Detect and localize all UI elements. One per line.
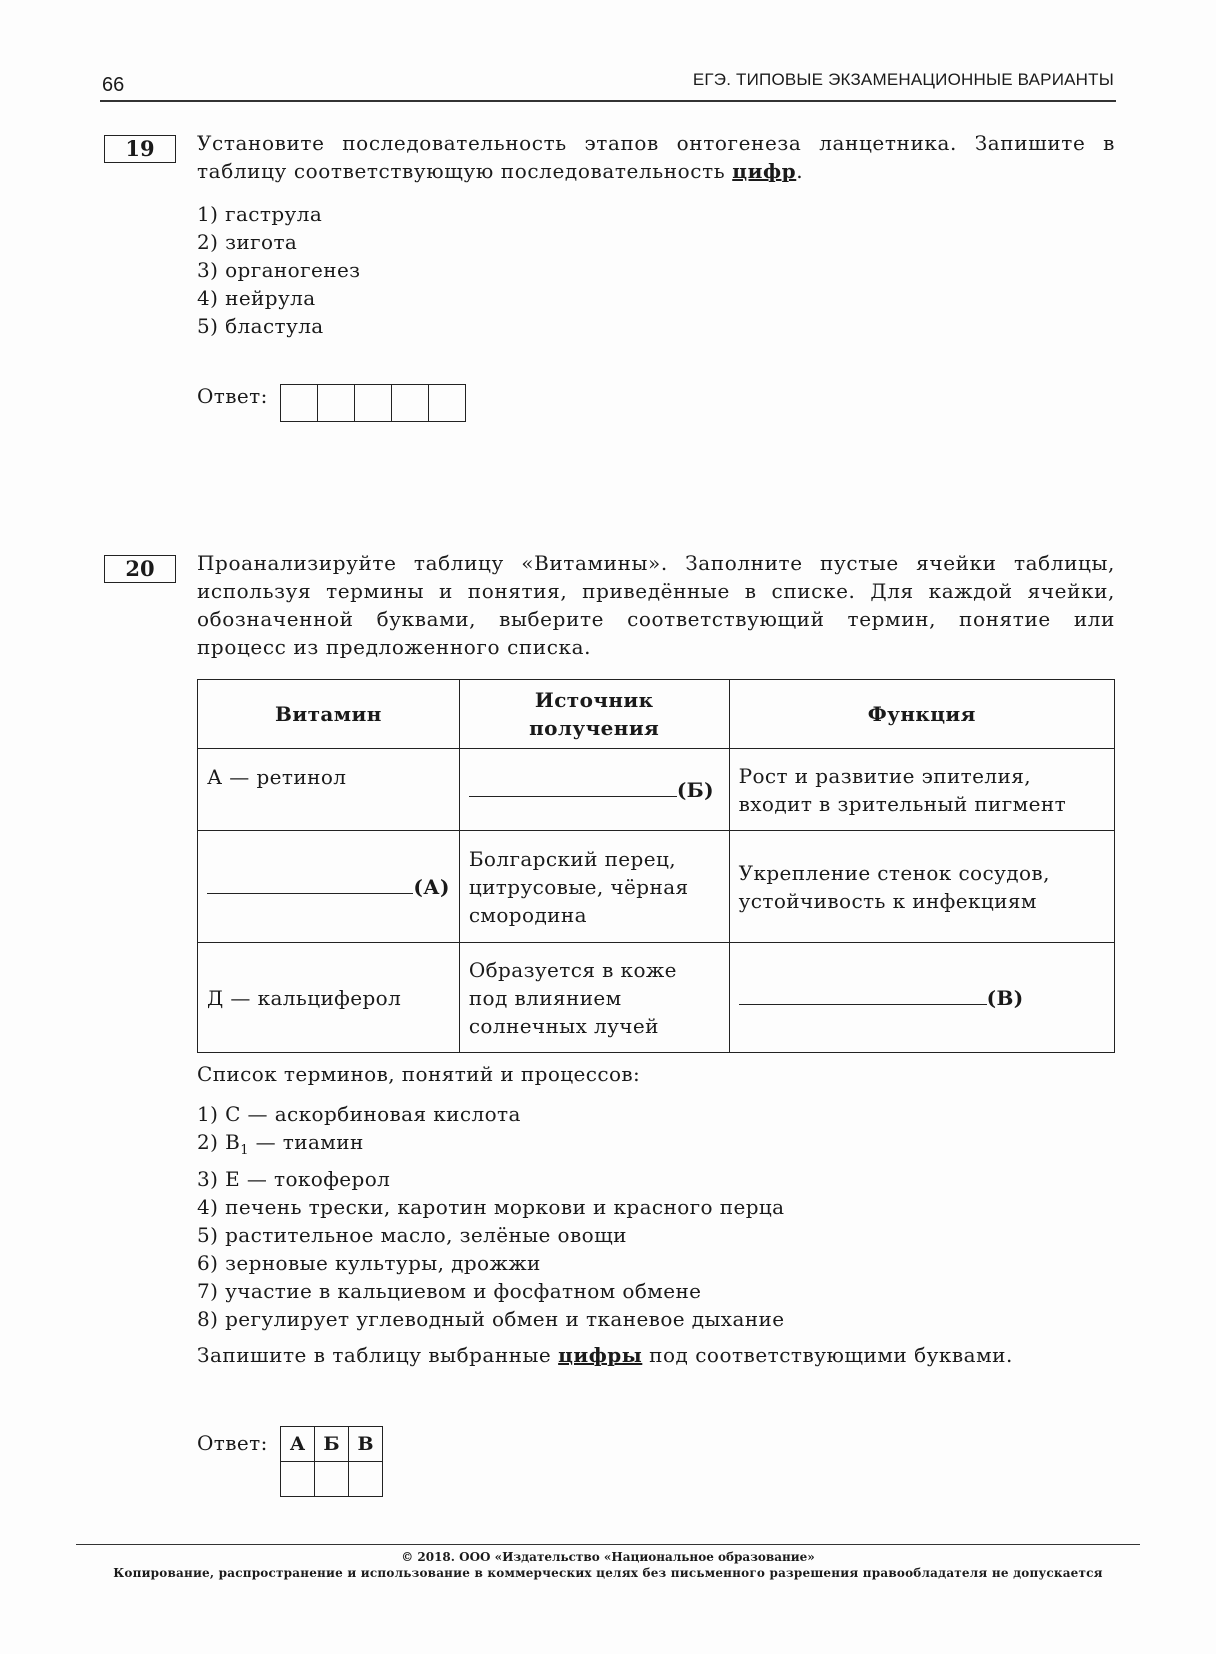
header-source: Источник получения bbox=[459, 680, 729, 749]
answer-cell-a[interactable] bbox=[281, 1462, 315, 1497]
task-20-number: 20 bbox=[104, 555, 176, 583]
answer-cell[interactable] bbox=[429, 385, 466, 422]
cell-function-blank[interactable]: (В) bbox=[729, 943, 1114, 1053]
answer-cell-v[interactable] bbox=[349, 1462, 383, 1497]
footer-divider bbox=[76, 1544, 1140, 1545]
option-item: 5) бластула bbox=[197, 312, 361, 340]
answer-cell[interactable] bbox=[392, 385, 429, 422]
header-divider bbox=[100, 100, 1116, 102]
task-20-instruction: Запишите в таблицу выбранные цифры под с… bbox=[197, 1343, 1013, 1367]
term-item: 6) зерновые культуры, дрожжи bbox=[197, 1249, 785, 1277]
task-19-emphasis: цифр bbox=[732, 159, 796, 183]
blank-label-v: (В) bbox=[987, 986, 1024, 1010]
task-19-answer-grid bbox=[280, 384, 466, 422]
answer-cell[interactable] bbox=[281, 385, 318, 422]
cell-vitamin-blank[interactable]: (А) bbox=[198, 831, 460, 943]
table-row: Д — кальциферол Образуется в коже под вл… bbox=[198, 943, 1115, 1053]
option-item: 3) органогенез bbox=[197, 256, 361, 284]
cell-function: Укрепление стенок сосудов, устойчивость … bbox=[729, 831, 1114, 943]
header-vitamin: Витамин bbox=[198, 680, 460, 749]
task-20-intro: Проанализируйте таблицу «Витамины». Запо… bbox=[197, 549, 1115, 661]
term-item: 3) Е — токоферол bbox=[197, 1165, 785, 1193]
header-function: Функция bbox=[729, 680, 1114, 749]
page-number: 66 bbox=[102, 74, 124, 97]
answer-cell-b[interactable] bbox=[315, 1462, 349, 1497]
blank-label-b: (Б) bbox=[677, 778, 714, 802]
task-19-text-end: . bbox=[796, 159, 803, 183]
task-19-question: Установите последовательность этапов онт… bbox=[197, 129, 1115, 185]
cell-function: Рост и развитие эпителия, входит в зрите… bbox=[729, 749, 1114, 831]
term-item: 5) растительное масло, зелёные овощи bbox=[197, 1221, 785, 1249]
vitamins-table: Витамин Источник получения Функция А — р… bbox=[197, 679, 1115, 1053]
option-item: 2) зигота bbox=[197, 228, 361, 256]
footer-notice: Копирование, распространение и использов… bbox=[0, 1566, 1216, 1580]
cell-vitamin: Д — кальциферол bbox=[198, 943, 460, 1053]
term-item: 4) печень трески, каротин моркови и крас… bbox=[197, 1193, 785, 1221]
term-item: 2) В1 — тиамин bbox=[197, 1128, 785, 1165]
task-19-answer-label: Ответ: bbox=[197, 384, 268, 408]
running-title: ЕГЭ. ТИПОВЫЕ ЭКЗАМЕНАЦИОННЫЕ ВАРИАНТЫ bbox=[693, 70, 1114, 90]
instruction-emphasis: цифры bbox=[558, 1343, 642, 1367]
cell-source: Болгарский перец, цитрусовые, чёрная смо… bbox=[459, 831, 729, 943]
cell-source-blank[interactable]: (Б) bbox=[459, 749, 729, 831]
blank-line bbox=[207, 873, 413, 894]
option-item: 1) гаструла bbox=[197, 200, 361, 228]
instruction-text-end: под соответствующими буквами. bbox=[642, 1343, 1013, 1367]
blank-line bbox=[739, 984, 987, 1005]
term-item: 8) регулирует углеводный обмен и тканево… bbox=[197, 1305, 785, 1333]
task-19-options: 1) гаструла 2) зигота 3) органогенез 4) … bbox=[197, 200, 361, 340]
footer-copyright: © 2018. ООО «Издательство «Национальное … bbox=[0, 1550, 1216, 1564]
task-20-answer-grid: А Б В bbox=[280, 1426, 383, 1497]
table-header-row: Витамин Источник получения Функция bbox=[198, 680, 1115, 749]
option-item: 4) нейрула bbox=[197, 284, 361, 312]
answer-letter-a: А bbox=[281, 1427, 315, 1462]
term-item: 1) С — аскорбиновая кислота bbox=[197, 1100, 785, 1128]
term-2-rest: — тиамин bbox=[249, 1130, 364, 1154]
answer-cell[interactable] bbox=[355, 385, 392, 422]
cell-source: Образуется в коже под влиянием солнечных… bbox=[459, 943, 729, 1053]
term-item: 7) участие в кальциевом и фосфатном обме… bbox=[197, 1277, 785, 1305]
task-19-number: 19 bbox=[104, 135, 176, 163]
term-2-subscript: 1 bbox=[240, 1143, 249, 1158]
answer-cell[interactable] bbox=[318, 385, 355, 422]
answer-letter-b: Б bbox=[315, 1427, 349, 1462]
instruction-text: Запишите в таблицу выбранные bbox=[197, 1343, 558, 1367]
table-row: А — ретинол (Б) Рост и развитие эпителия… bbox=[198, 749, 1115, 831]
blank-line bbox=[469, 776, 677, 797]
answer-letter-v: В bbox=[349, 1427, 383, 1462]
term-2-letter: 2) В bbox=[197, 1130, 240, 1154]
terms-list: 1) С — аскорбиновая кислота 2) В1 — тиам… bbox=[197, 1100, 785, 1333]
cell-vitamin: А — ретинол bbox=[198, 749, 460, 831]
terms-list-title: Список терминов, понятий и процессов: bbox=[197, 1062, 640, 1086]
task-19-text: Установите последовательность этапов онт… bbox=[197, 131, 1115, 183]
blank-label-a: (А) bbox=[413, 875, 449, 899]
task-20-answer-label: Ответ: bbox=[197, 1431, 268, 1455]
table-row: (А) Болгарский перец, цитрусовые, чёрная… bbox=[198, 831, 1115, 943]
